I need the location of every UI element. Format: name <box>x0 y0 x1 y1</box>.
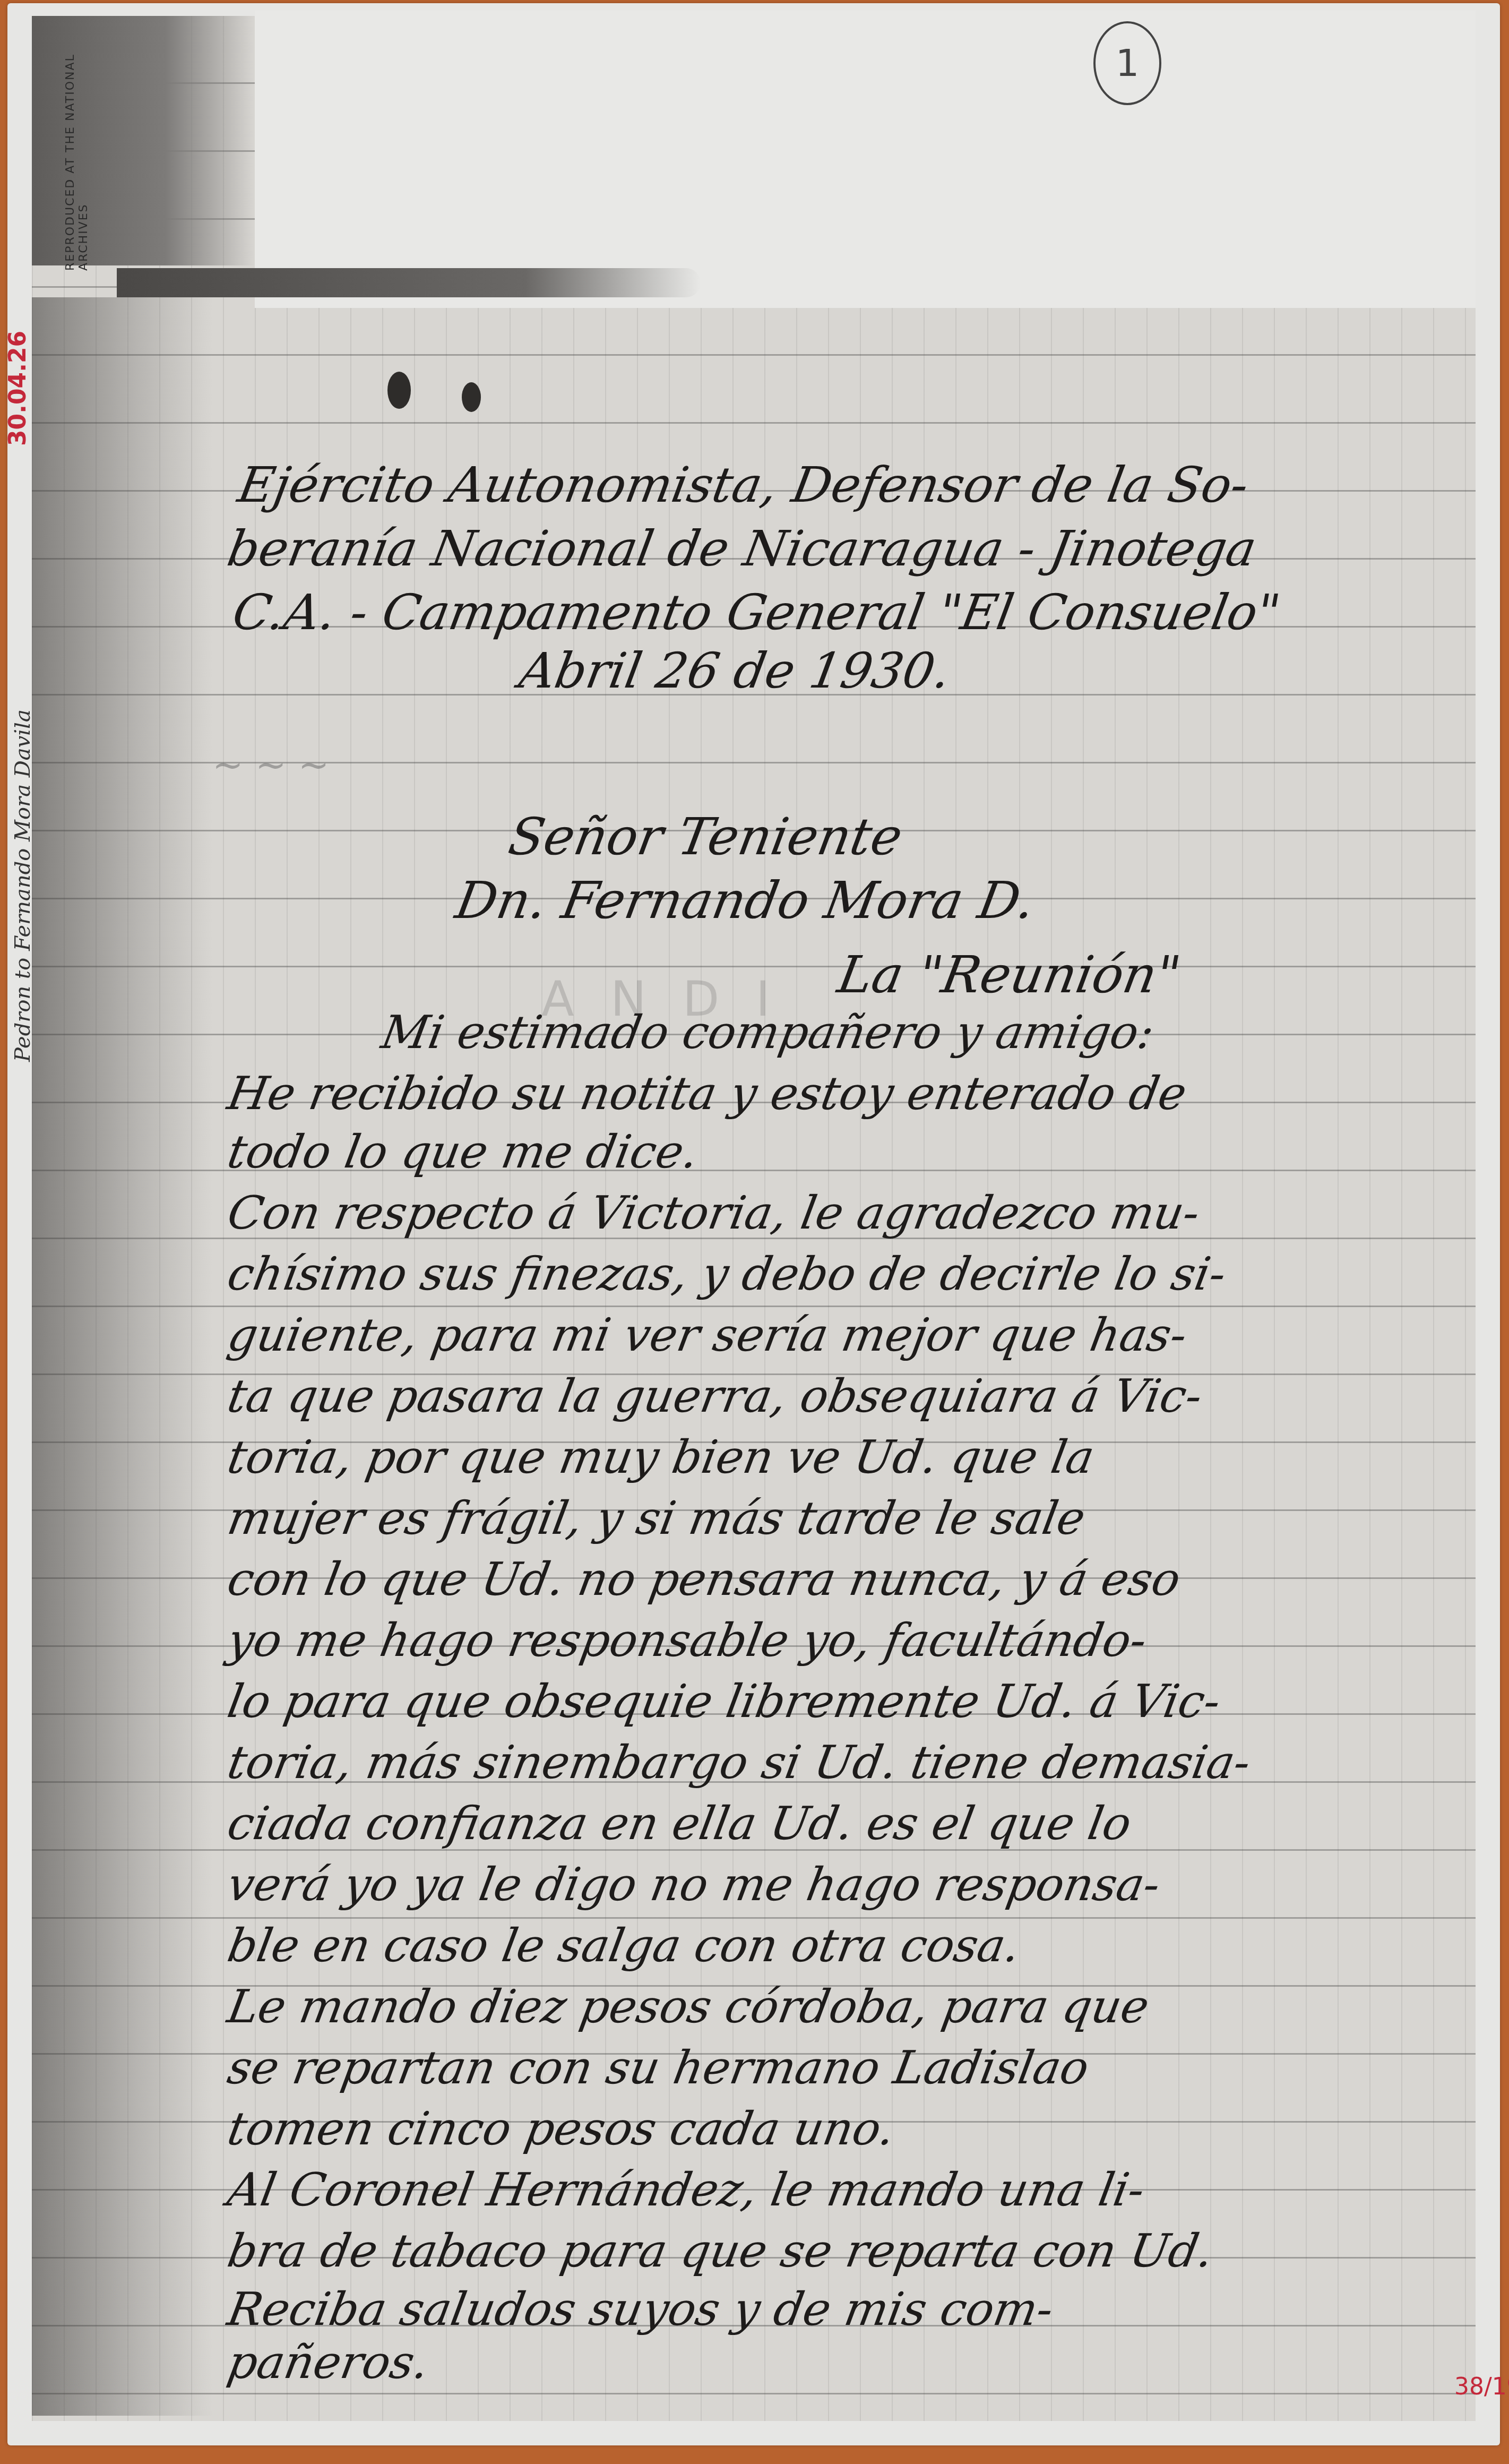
greeting: Mi estimado compañero y amigo: <box>377 1006 1158 1059</box>
body-line: verá yo ya le digo no me hago responsa- <box>223 1858 1164 1911</box>
body-line: con lo que Ud. no pensara nunca, y á eso <box>223 1553 1184 1606</box>
body-line: Le mando diez pesos córdoba, para que <box>223 1980 1153 2033</box>
body-line: ta que pasara la guerra, obsequiara á Vi… <box>223 1370 1206 1423</box>
addressee-title: Señor Teniente <box>504 807 907 866</box>
body-line: Al Coronel Hernández, le mando una li- <box>223 2163 1149 2217</box>
punch-hole-icon <box>387 372 411 409</box>
body-line: todo lo que me dice. <box>223 1126 702 1179</box>
header-line-3: C.A. - Campamento General "El Consuelo" <box>229 584 1285 641</box>
blank-top-area <box>255 11 1476 308</box>
faint-bleedthrough-signature: ~ ~ ~ <box>212 743 531 849</box>
reproduction-stamp: REPRODUCED AT THE NATIONAL ARCHIVES <box>64 32 85 271</box>
page-number: 1 <box>1116 41 1140 85</box>
body-line: Con respecto á Victoria, le agradezco mu… <box>223 1187 1204 1240</box>
body-line: ciada confianza en ella Ud. es el que lo <box>223 1797 1135 1850</box>
body-line: mujer es frágil, y si más tarde le sale <box>223 1492 1089 1545</box>
body-line: chísimo sus finezas, y debo de decirle l… <box>223 1248 1230 1301</box>
margin-pencil-note: Pedron to Fernando Mora Davila <box>11 531 42 1062</box>
body-line: toria, por que muy bien ve Ud. que la <box>223 1431 1098 1484</box>
body-line: Reciba saludos suyos y de mis com- <box>223 2283 1057 2336</box>
body-line: yo me hago responsable yo, facultándo- <box>223 1614 1151 1667</box>
header-line-1: Ejército Autonomista, Defensor de la So- <box>234 457 1253 513</box>
body-line: He recibido su notita y estoy enterado d… <box>223 1067 1191 1120</box>
margin-date-annotation: 30.04.26 <box>4 340 36 446</box>
copy-edge-band <box>117 268 701 297</box>
body-line: tomen cinco pesos cada uno. <box>223 2102 899 2156</box>
body-line: bra de tabaco para que se reparta con Ud… <box>223 2225 1217 2278</box>
body-line: se repartan con su hermano Ladislao <box>223 2041 1093 2094</box>
body-line: ble en caso le salga con otra cosa. <box>223 1919 1024 1972</box>
header-date: Abril 26 de 1930. <box>515 642 955 699</box>
page-number-circle: 1 <box>1093 21 1161 105</box>
punch-hole-icon <box>462 382 481 412</box>
body-line: toria, más sinembargo si Ud. tiene demas… <box>223 1736 1254 1789</box>
left-shadow <box>32 297 212 2416</box>
body-line: guiente, para mi ver sería mejor que has… <box>223 1309 1191 1362</box>
header-line-2: beranía Nacional de Nicaragua - Jinotega <box>223 520 1261 577</box>
archive-reference: 38/19 <box>1454 2373 1509 2400</box>
body-line: lo para que obsequie libremente Ud. á Vi… <box>223 1675 1225 1728</box>
addressee-name: Dn. Fernando Mora D. <box>451 871 1039 930</box>
body-line: pañeros. <box>223 2336 433 2389</box>
addressee-place: La "Reunión" <box>833 945 1185 1005</box>
